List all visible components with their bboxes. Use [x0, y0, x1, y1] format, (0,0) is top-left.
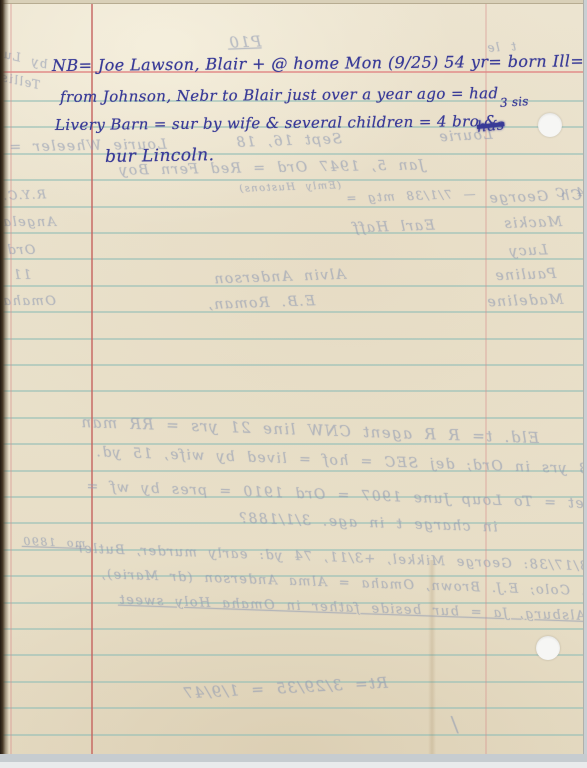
handwriting-struck-out: has: [476, 115, 505, 136]
handwriting-line: from Johnson, Nebr to Blair just over a …: [60, 84, 499, 106]
bleed-text-fragment: — 7/1/38 mtg =: [345, 187, 476, 206]
bleed-text-fragment: E.B. Roman,: [207, 293, 316, 313]
ruled-line: [0, 258, 583, 260]
bleed-text-fragment: Angela: [2, 215, 56, 230]
scanner-background-bottom: [0, 754, 587, 762]
ruled-line: [0, 654, 583, 656]
hole-punch: [538, 113, 562, 137]
bleed-text-fragment: Emmett Alsburg, Ja = bur beside father i…: [118, 593, 587, 627]
scanner-background-bottom-light: [0, 762, 587, 768]
bleed-text-fragment: Madeline: [486, 292, 564, 311]
left-edge-red-line: [10, 0, 12, 754]
hole-punch: [536, 636, 560, 660]
bleed-text-fragment: 11: [12, 268, 31, 283]
ruled-line: [0, 338, 583, 340]
bleed-text-fragment: Lucy: [508, 242, 548, 259]
bleed-text-fragment: Eld. t= R R agent CNW line 21 yrs = RR m…: [80, 413, 540, 447]
ruled-line: [0, 285, 583, 287]
left-margin-line: [91, 0, 93, 754]
handwriting-line: bur Lincoln.: [105, 145, 215, 167]
page: P10by LuTellist leLourie Wheeler =Sept 1…: [0, 0, 583, 754]
ruled-line: [0, 179, 583, 181]
ruled-line: [0, 232, 583, 234]
ruled-line: [0, 390, 583, 392]
bleed-text-fragment: Tex ret = To Loup June 1907 = Ord 1910 =…: [85, 478, 587, 513]
scanner-background-right: [583, 0, 587, 754]
page-left-edge-shadow: [0, 0, 9, 754]
bleed-text-fragment: Sept 16, 18: [235, 131, 342, 151]
bleed-text-fragment: Ch George: [488, 187, 582, 206]
handwriting-insert-above: 3 sis: [500, 94, 530, 110]
bleed-text-fragment: in charge t in age. 3/1/188?: [238, 510, 498, 535]
bleed-text-fragment: Rt= 3/29/35 = 1/9/47: [182, 674, 389, 703]
bleed-text-fragment: P10: [228, 32, 262, 51]
bleed-text-fragment: Mackis: [503, 214, 563, 232]
bleed-text-fragment: Pauline: [494, 266, 557, 284]
ruled-line: [0, 628, 583, 630]
ruled-line: [0, 311, 583, 313]
scanned-document: { "scan": { "description": "Scanned page…: [0, 0, 587, 768]
bleed-text-fragment: Earl Haff: [352, 218, 435, 237]
bleed-text-fragment: Ord: [6, 243, 35, 258]
bleed-text-fragment: Omaha: [2, 294, 56, 309]
bleed-text-fragment: Alvin Anderson: [213, 267, 346, 288]
ruled-line: [0, 734, 583, 736]
bleed-text-fragment: (Emly Hustons): [238, 180, 341, 195]
page-top-edge: [0, 0, 583, 4]
bleed-text-fragment: /: [449, 712, 460, 737]
bleed-text-fragment: 43 yrs in Ord; dej SEC = hof = lived by …: [95, 444, 587, 478]
ruled-line: [0, 707, 583, 709]
ruled-line: [0, 364, 583, 366]
handwriting-line: Livery Barn = sur by wife & several chil…: [55, 112, 498, 134]
handwriting-line: NB= Joe Lawson, Blair + @ home Mon (9/25…: [52, 51, 584, 75]
